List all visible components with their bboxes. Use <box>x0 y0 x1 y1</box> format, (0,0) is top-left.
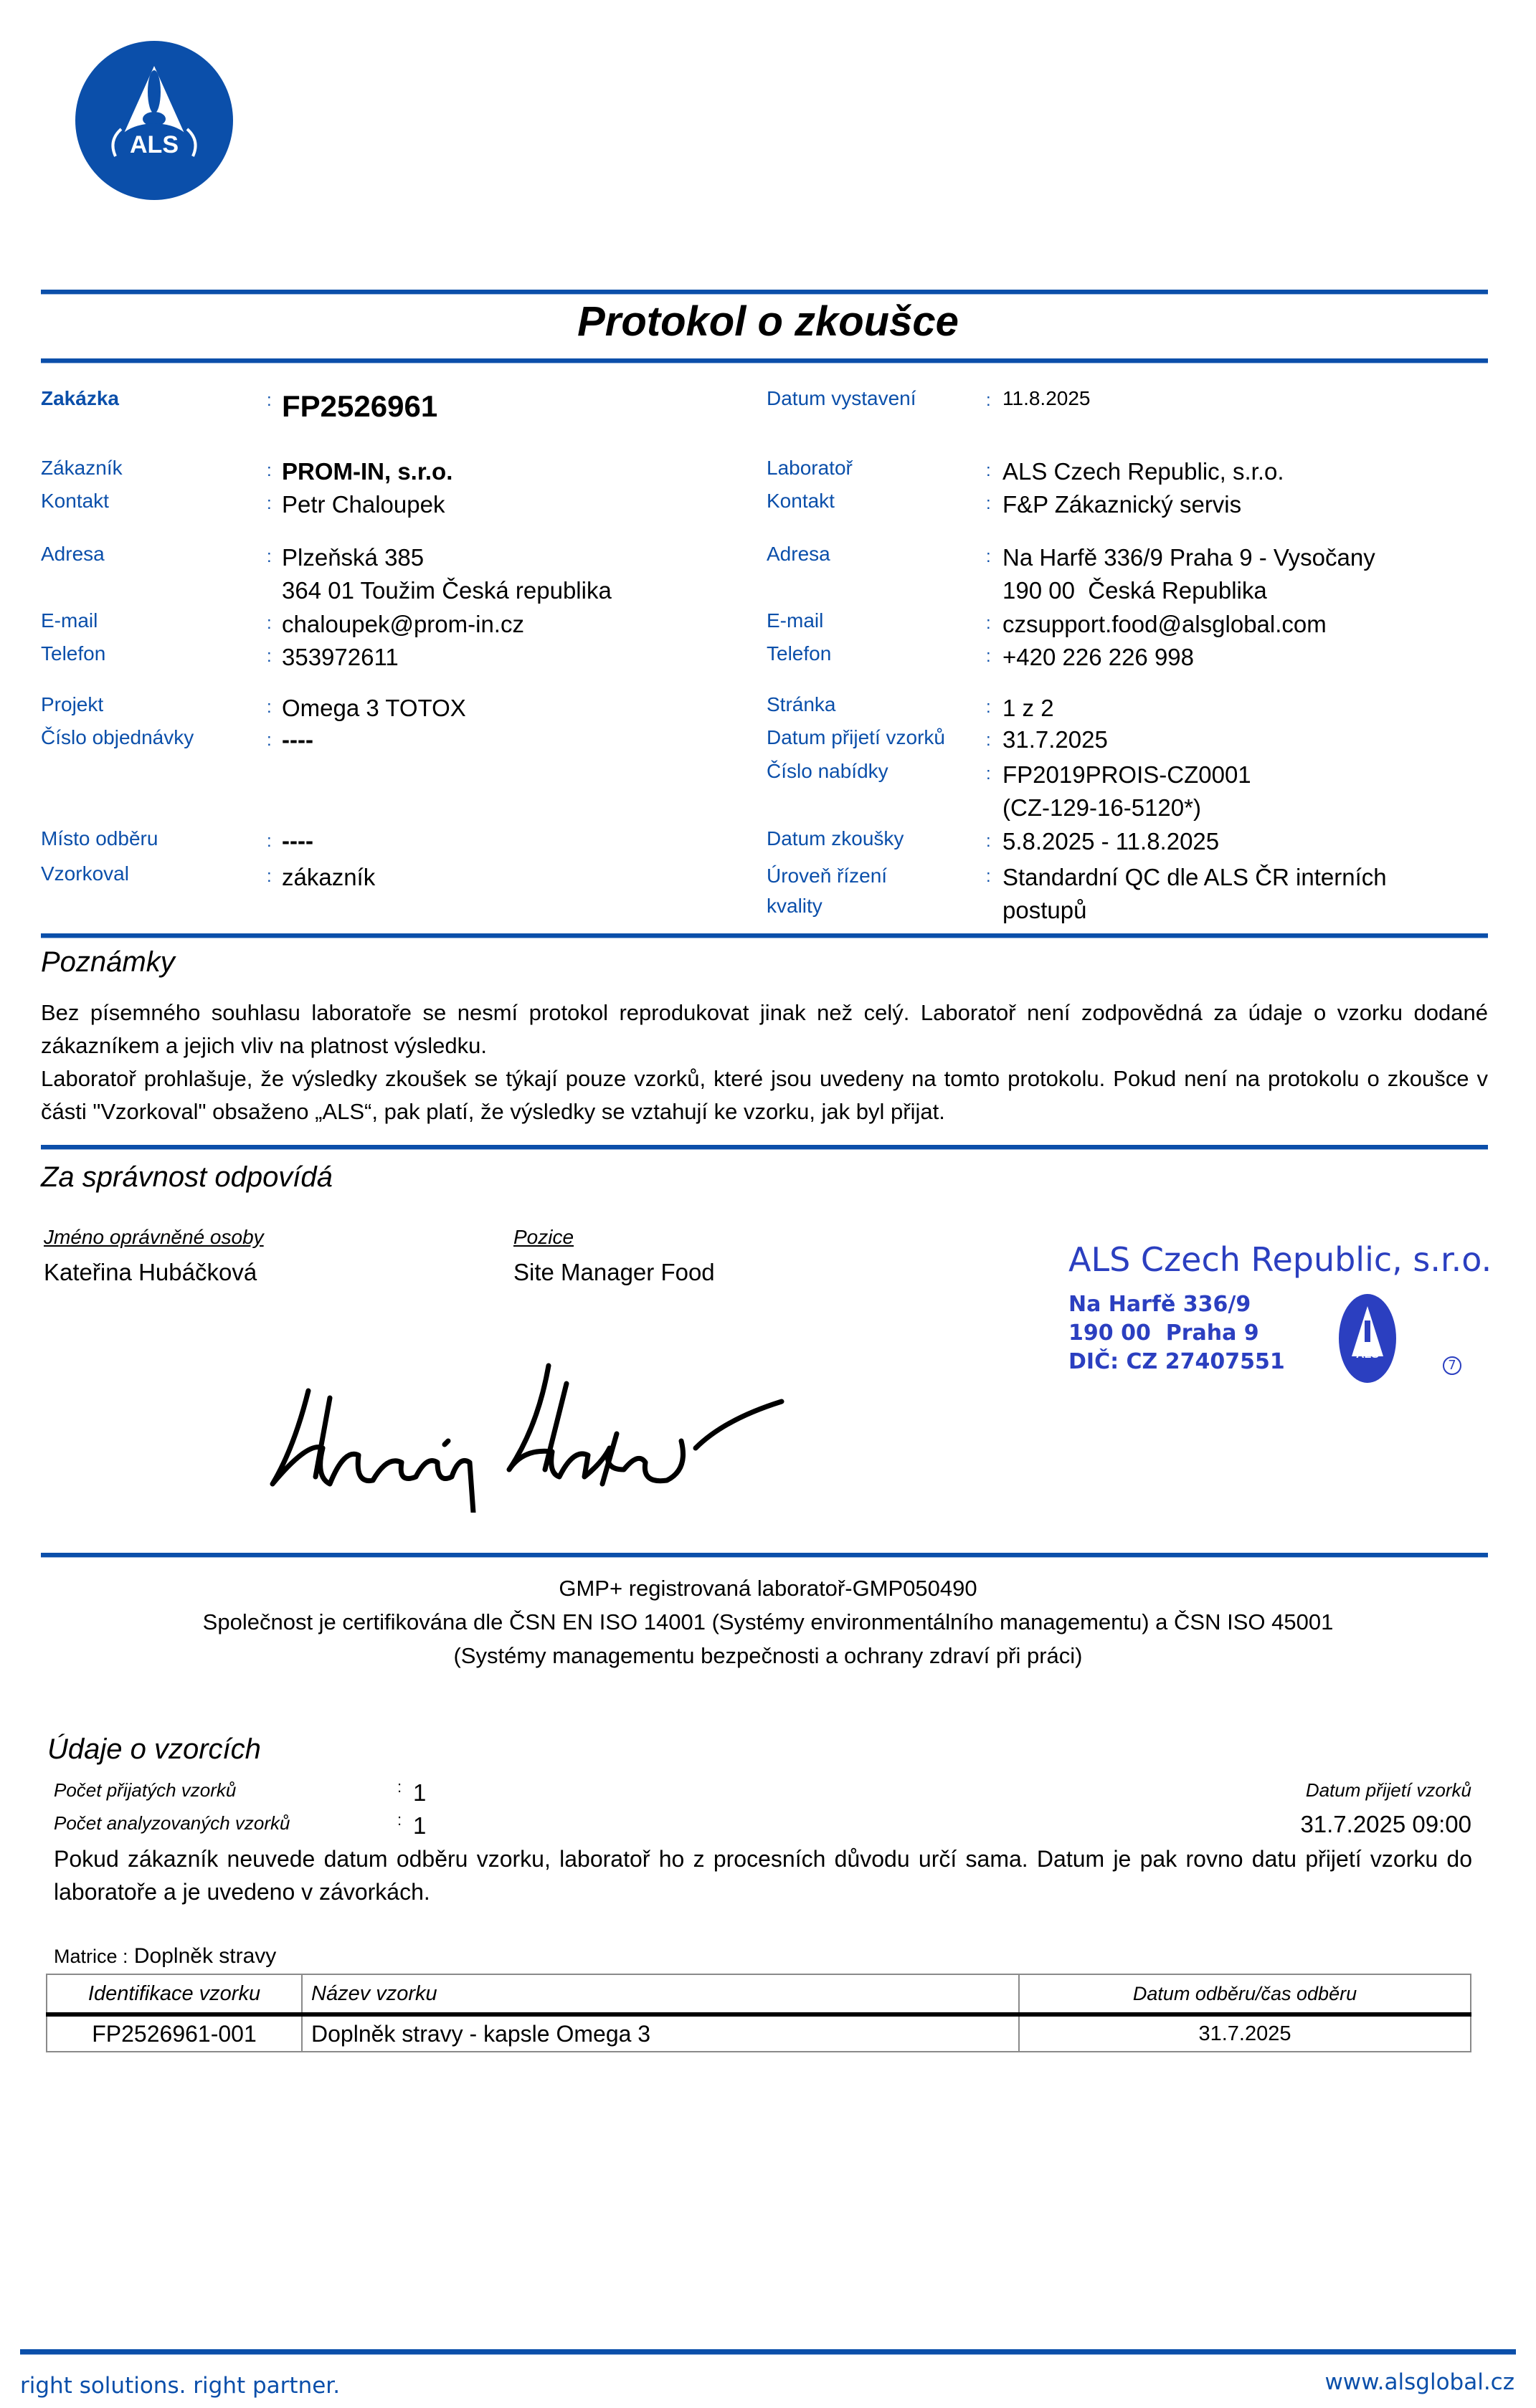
certification-line-1: GMP+ registrovaná laboratoř-GMP050490 <box>0 1571 1536 1605</box>
label-stranka: Stránka <box>767 693 836 716</box>
label-laborator: Laboratoř <box>767 457 853 480</box>
label-vzorkoval: Vzorkoval <box>41 862 129 885</box>
colon: : <box>986 867 991 887</box>
matrix-label: Matrice : <box>54 1946 128 1967</box>
label-kontakt-lab: Kontakt <box>767 490 835 513</box>
label-email: E-mail <box>41 609 98 632</box>
col-sample-name: Název vzorku <box>302 1974 1019 2014</box>
stamp-als-logo-icon: ALS <box>1337 1292 1398 1385</box>
stamp-dic: DIČ: CZ 27407551 <box>1068 1349 1285 1374</box>
label-uroven-rizeni-line2: kvality <box>767 895 822 918</box>
notes-paragraph-2: Laboratoř prohlašuje, že výsledky zkouše… <box>41 1062 1488 1128</box>
analyzed-count-value: 1 <box>413 1812 426 1840</box>
colon: : <box>267 647 272 667</box>
samples-table: Identifikace vzorku Název vzorku Datum o… <box>46 1974 1471 2052</box>
colon: : <box>397 1811 402 1829</box>
colon: : <box>267 461 272 481</box>
value-cislo-nabidky-line2: (CZ-129-16-5120*) <box>1002 794 1201 822</box>
samples-heading: Údaje o vzorcích <box>47 1733 261 1766</box>
notes-paragraph-1: Bez písemného souhlasu laboratoře se nes… <box>41 996 1488 1062</box>
colon: : <box>986 647 991 667</box>
analyzed-count-label: Počet analyzovaných vzorků <box>54 1812 290 1834</box>
als-logo: ALS <box>74 40 234 201</box>
label-kontakt: Kontakt <box>41 490 109 513</box>
svg-text:ALS: ALS <box>130 131 179 158</box>
position-label: Pozice <box>513 1226 574 1249</box>
footer-slogan: right solutions. right partner. <box>20 2373 340 2399</box>
responsibility-heading: Za správnost odpovídá <box>41 1161 333 1194</box>
matrix-value: Doplněk stravy <box>134 1944 276 1968</box>
stamp-company: ALS Czech Republic, s.r.o. <box>1068 1240 1492 1279</box>
certification-line-3: (Systémy managementu bezpečnosti a ochra… <box>0 1639 1536 1672</box>
col-sample-id: Identifikace vzorku <box>47 1974 302 2014</box>
value-adresa-lab-line2: 190 00 Česká Republika <box>1002 577 1267 604</box>
value-uroven-rizeni-line2: postupů <box>1002 897 1086 924</box>
value-zakaznik: PROM-IN, s.r.o. <box>282 458 452 485</box>
matrix: Matrice : Doplněk stravy <box>54 1944 276 1969</box>
value-adresa-lab: Na Harfě 336/9 Praha 9 - Vysočany <box>1002 544 1375 571</box>
name-label: Jméno oprávněné osoby <box>44 1226 264 1249</box>
page-title: Protokol o zkoušce <box>0 298 1536 346</box>
colon: : <box>986 764 991 784</box>
colon: : <box>267 731 272 751</box>
table-row: FP2526961-001 Doplněk stravy - kapsle Om… <box>47 2014 1471 2052</box>
label-telefon-lab: Telefon <box>767 642 831 665</box>
label-datum-zkousky: Datum zkoušky <box>767 827 904 850</box>
colon: : <box>986 391 991 411</box>
samples-note: Pokud zákazník neuvede datum odběru vzor… <box>54 1842 1472 1908</box>
colon: : <box>267 867 272 887</box>
label-zakaznik: Zákazník <box>41 457 123 480</box>
value-adresa-line2: 364 01 Toužim Česká republika <box>282 577 612 604</box>
responsible-position: Site Manager Food <box>513 1259 715 1286</box>
value-datum-prijeti: 31.7.2025 <box>1002 726 1108 753</box>
value-kontakt-lab: F&P Zákaznický servis <box>1002 491 1241 518</box>
header-rule-top <box>41 290 1488 295</box>
responsible-name: Kateřina Hubáčková <box>44 1259 257 1286</box>
colon: : <box>986 494 991 514</box>
value-email-lab: czsupport.food@alsglobal.com <box>1002 611 1327 638</box>
certification-line-2: Společnost je certifikována dle ČSN EN I… <box>0 1605 1536 1639</box>
cell-sample-name: Doplněk stravy - kapsle Omega 3 <box>302 2014 1019 2052</box>
colon: : <box>267 614 272 634</box>
value-cislo-objednavky: ---- <box>282 726 313 753</box>
stamp-address-line2: 190 00 Praha 9 <box>1068 1320 1259 1346</box>
colon: : <box>986 698 991 718</box>
footer-rule <box>20 2349 1516 2355</box>
cell-sample-id: FP2526961-001 <box>47 2014 302 2052</box>
cell-sampling-date: 31.7.2025 <box>1019 2014 1471 2052</box>
label-misto-odberu: Místo odběru <box>41 827 158 850</box>
value-kontakt: Petr Chaloupek <box>282 491 445 518</box>
colon: : <box>986 832 991 852</box>
footer-website-link[interactable]: www.alsglobal.cz <box>1324 2369 1514 2395</box>
stamp-address-line1: Na Harfě 336/9 <box>1068 1292 1251 1317</box>
value-cislo-nabidky: FP2019PROIS-CZ0001 <box>1002 761 1251 789</box>
notes-rule-bottom <box>41 1145 1488 1150</box>
received-count-value: 1 <box>413 1779 426 1807</box>
value-telefon: 353972611 <box>282 644 399 671</box>
label-telefon: Telefon <box>41 642 105 665</box>
colon: : <box>397 1778 402 1797</box>
notes-text: Bez písemného souhlasu laboratoře se nes… <box>41 996 1488 1128</box>
received-count-label: Počet přijatých vzorků <box>54 1779 236 1802</box>
label-email-lab: E-mail <box>767 609 823 632</box>
colon: : <box>986 614 991 634</box>
value-laborator: ALS Czech Republic, s.r.o. <box>1002 458 1284 485</box>
value-vzorkoval: zákazník <box>282 864 375 891</box>
notes-heading: Poznámky <box>41 946 175 979</box>
label-cislo-nabidky: Číslo nabídky <box>767 760 888 783</box>
colon: : <box>267 698 272 718</box>
label-adresa-lab: Adresa <box>767 543 830 566</box>
colon: : <box>986 461 991 481</box>
value-email: chaloupek@prom-in.cz <box>282 611 524 638</box>
stamp-number: 7 <box>1443 1356 1461 1375</box>
colon: : <box>267 832 272 852</box>
certification-text: GMP+ registrovaná laboratoř-GMP050490 Sp… <box>0 1571 1536 1672</box>
header-rule-bottom <box>41 358 1488 363</box>
label-uroven-rizeni: Úroveň řízení <box>767 865 887 887</box>
value-adresa: Plzeňská 385 <box>282 544 424 571</box>
value-datum-zkousky: 5.8.2025 - 11.8.2025 <box>1002 828 1219 855</box>
value-uroven-rizeni: Standardní QC dle ALS ČR interních <box>1002 864 1387 891</box>
label-datum-prijeti: Datum přijetí vzorků <box>767 726 945 749</box>
notes-rule-top <box>41 933 1488 938</box>
col-sampling-date: Datum odběru/čas odběru <box>1019 1974 1471 2014</box>
company-stamp: ALS Czech Republic, s.r.o. Na Harfě 336/… <box>1040 1212 1499 1412</box>
label-projekt: Projekt <box>41 693 103 716</box>
colon: : <box>267 547 272 567</box>
table-header-row: Identifikace vzorku Název vzorku Datum o… <box>47 1974 1471 2014</box>
label-adresa: Adresa <box>41 543 105 566</box>
value-projekt: Omega 3 TOTOX <box>282 695 466 722</box>
received-date-value: 31.7.2025 09:00 <box>1300 1811 1471 1838</box>
value-misto-odberu: ---- <box>282 827 313 855</box>
colon: : <box>986 731 991 751</box>
colon: : <box>986 547 991 567</box>
colon: : <box>267 494 272 514</box>
value-telefon-lab: +420 226 226 998 <box>1002 644 1194 671</box>
received-date-label: Datum přijetí vzorků <box>1306 1779 1471 1802</box>
label-cislo-objednavky: Číslo objednávky <box>41 726 194 749</box>
value-datum-vystaveni: 11.8.2025 <box>1002 387 1091 410</box>
value-stranka: 1 z 2 <box>1002 695 1054 722</box>
value-zakazka: FP2526961 <box>282 389 437 424</box>
colon: : <box>267 391 272 411</box>
signature <box>265 1362 925 1513</box>
label-datum-vystaveni: Datum vystavení <box>767 387 916 410</box>
certification-rule <box>41 1553 1488 1558</box>
label-zakazka: Zakázka <box>41 387 119 410</box>
svg-text:ALS: ALS <box>1356 1348 1379 1361</box>
